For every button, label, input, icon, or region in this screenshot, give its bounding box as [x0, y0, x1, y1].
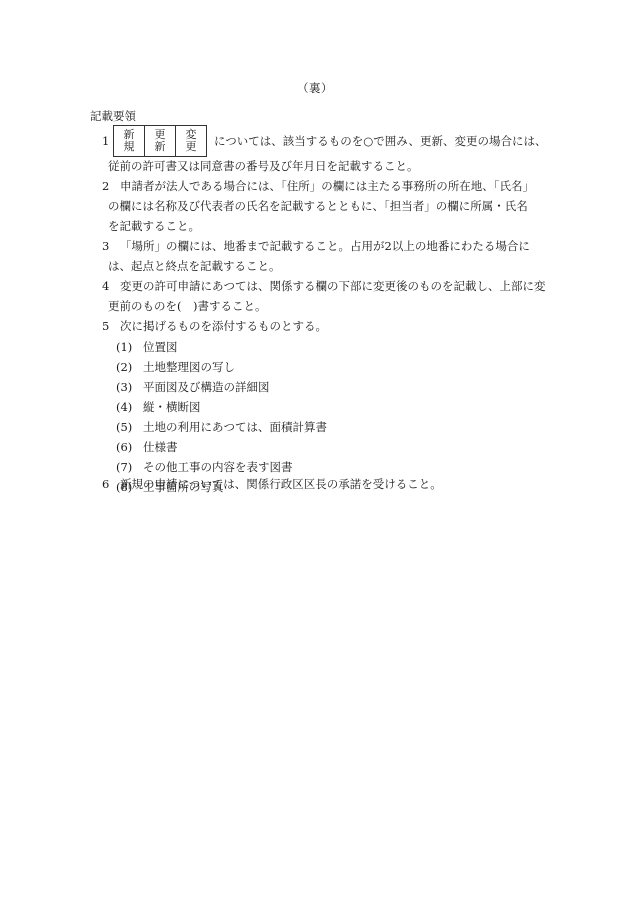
item-5-line-1: 次に掲げるものを添付するものとする。 — [120, 319, 327, 333]
attachment-2-number: (2) — [116, 360, 132, 374]
page-side-label: （裏） — [0, 80, 630, 96]
attachment-1-text: 位置図 — [143, 340, 178, 354]
choice-new: 新 規 — [114, 126, 145, 156]
instructions-heading: 記載要領 — [90, 108, 136, 124]
attachment-5-text: 土地の利用にあつては、面積計算書 — [143, 420, 327, 434]
item-1-line-1: については、該当するものを○で囲み、更新、変更の場合には、 — [214, 134, 547, 148]
application-type-box: 新 規 更 新 変 更 — [113, 125, 207, 157]
item-2-line-1: 申請者が法人である場合には、「住所」の欄には主たる事務所の所在地、「氏名」 — [120, 179, 534, 193]
item-1-line-2: 従前の許可書又は同意書の番号及び年月日を記載すること。 — [108, 159, 419, 173]
item-2-number: 2 — [102, 179, 109, 193]
item-3-number: 3 — [102, 239, 109, 253]
item-4-number: 4 — [102, 279, 109, 293]
attachment-2-text: 土地整理図の写し — [143, 360, 235, 374]
item-2-line-2: の欄には名称及び代表者の氏名を記載するとともに、「担当者」の欄に所属・氏名 — [108, 199, 528, 213]
item-3-line-2: は、起点と終点を記載すること。 — [108, 259, 281, 273]
item-3-line-1: 「場所」の欄には、地番まで記載すること。占用が2以上の地番にわたる場合に — [120, 239, 530, 253]
attachment-4-text: 縦・横断図 — [143, 400, 201, 414]
attachment-7-text: その他工事の内容を表す図書 — [143, 460, 293, 474]
item-2-line-3: を記載すること。 — [108, 219, 200, 233]
item-1-number: 1 — [102, 134, 109, 148]
attachment-5-number: (5) — [116, 420, 132, 434]
attachment-6-number: (6) — [116, 440, 132, 454]
attachment-3-text: 平面図及び構造の詳細図 — [143, 380, 270, 394]
item-5-number: 5 — [102, 319, 109, 333]
choice-change-bottom: 更 — [186, 141, 197, 153]
item-4-line-2: 更前のものを( )書すること。 — [108, 299, 266, 313]
choice-renewal: 更 新 — [145, 126, 176, 156]
choice-change: 変 更 — [176, 126, 206, 156]
item-4-line-1: 変更の許可申請にあつては、関係する欄の下部に変更後のものを記載し、上部に変 — [120, 279, 546, 293]
attachment-1-number: (1) — [116, 340, 132, 354]
item-6-line-1: 新規の申請については、関係行政区区長の承諾を受けること。 — [120, 477, 442, 491]
attachment-7-number: (7) — [116, 460, 132, 474]
attachment-6-text: 仕様書 — [143, 440, 178, 454]
choice-renewal-bottom: 新 — [155, 141, 166, 153]
choice-new-bottom: 規 — [124, 141, 135, 153]
attachment-3-number: (3) — [116, 380, 132, 394]
item-6-number-label: 6 — [102, 477, 109, 491]
attachment-4-number: (4) — [116, 400, 132, 414]
